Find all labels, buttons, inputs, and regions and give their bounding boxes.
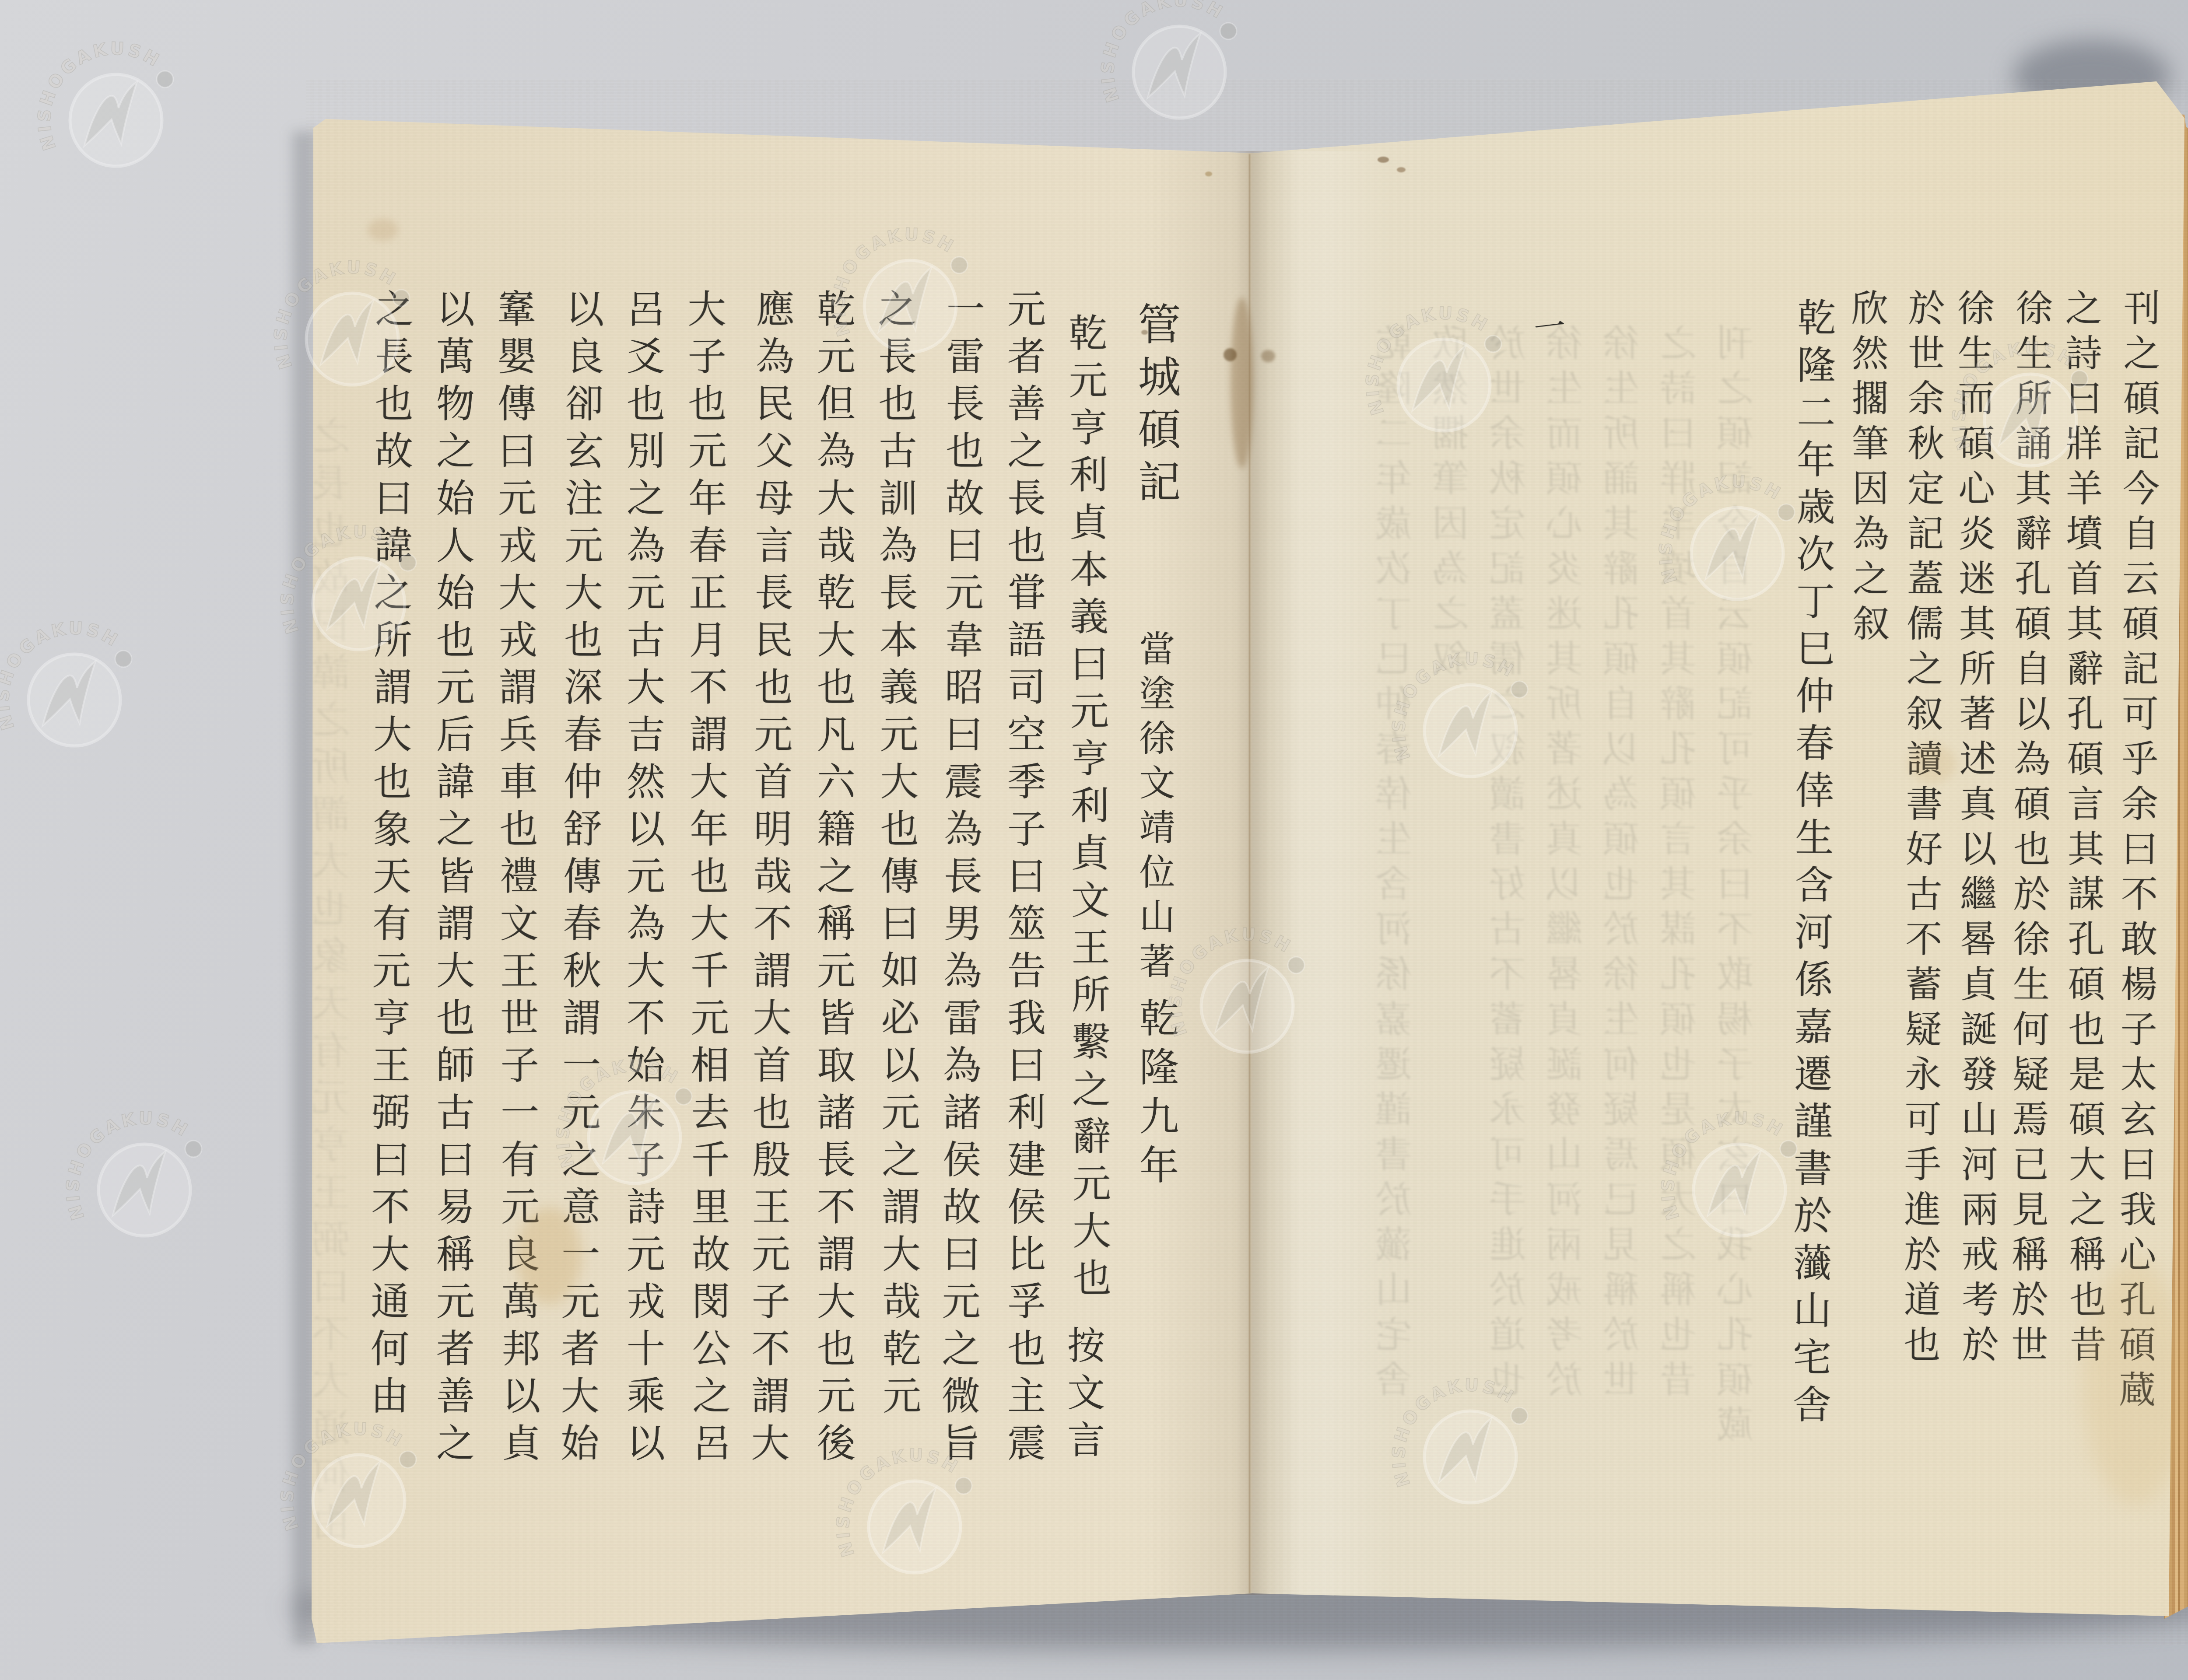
manuscript-column-right-2: 之詩曰牂羊墳首其辭孔碩言其謀孔碩也是碩大之稱也昔 xyxy=(2055,289,2112,1371)
manuscript-column-right-6: 欣然擱筆因為之叙 xyxy=(1841,289,1895,650)
manuscript-column-left-9: 以良卻玄注元大也深春仲舒傳春秋謂一元之意一元者大始 xyxy=(549,289,610,1470)
show-through-column: 於世余秋定記蓋儒之叙讀書好古不蓄疑永可手進於道也 xyxy=(1483,324,1536,1405)
nishogakusha-watermark xyxy=(0,618,132,746)
manuscript-column-left-12: 之長也故曰諱之所謂大也象天有元亨王弼曰不大通何由 xyxy=(359,289,419,1423)
show-through-column: 刊之碩記今自云碩記可乎余曰不敢楊子太玄曰我心孔碩蔵 xyxy=(1711,324,1764,1450)
manuscript-column-right-5: 於世余秋定記蓋儒之叙讀書好古不蓄疑永可手進於道也 xyxy=(1893,289,1951,1371)
author-attribution: 當塗徐文靖位山著 xyxy=(1129,630,1180,987)
date-qianlong-9: 乾隆九年 xyxy=(1127,997,1184,1193)
nishogakusha-watermark xyxy=(34,38,173,166)
manuscript-column-left-7: 大子也元年春正月不謂大年也大千元相去千里故閔公之呂 xyxy=(676,289,736,1470)
manuscript-column-left-3: 一雷長也故曰元韋昭曰震為長男為雷為諸侯故曰元之微旨 xyxy=(930,289,990,1470)
nishogakusha-watermark xyxy=(1098,0,1237,118)
manuscript-column-left-10: 鞌嬰傳曰元戎大戎謂兵車也禮文王世子一有元良萬邦以貞 xyxy=(486,289,546,1470)
annotation-anwenyan: 按文言 xyxy=(1055,1326,1110,1467)
manuscript-column-right-3: 徐生所誦其辭孔碩自以為碩也於徐生何疑焉已見稱於世 xyxy=(2001,289,2058,1371)
manuscript-column-right-1: 刊之碩記今自云碩記可乎余曰不敢楊子太玄曰我心孔碩蔵 xyxy=(2108,289,2166,1416)
manuscript-column-left-1: 乾元亨利貞本義曰元亨利貞文王所繫之辭元大也 xyxy=(1057,313,1117,1305)
manuscript-column-right-4: 徐生而碩心炎迷其所著述真以繼晷貞誕發山河兩戒考於 xyxy=(1947,289,2005,1371)
manuscript-column-left-11: 以萬物之始人始也元后諱之皆謂大也師古曰易稱元者善之 xyxy=(425,289,480,1470)
show-through-column: 乾隆二年歳次丁巳仲春倖生含河係嘉遷謹書於虃山宅舎 xyxy=(1370,324,1423,1405)
manuscript-column-left-4: 之長也古訓為長本義元大也傳曰如必以元之謂大哉乾元 xyxy=(866,289,926,1423)
show-through-column: 欣然擱筆因為之叙 xyxy=(1427,324,1480,684)
manuscript-column-right-7: 乾隆二年歳次丁巳仲春倖生含河係嘉遷謹書於虃山宅舎 xyxy=(1781,297,1841,1432)
ink-stroke-mark: 一 xyxy=(1531,300,1568,349)
book-title: 管城碩記 xyxy=(1125,302,1187,512)
manuscript-column-left-8: 呂爻也別之為元古大吉然以元為大不始朱子詩元戎十乘以 xyxy=(615,289,670,1470)
manuscript-column-left-2: 元者善之長也甞語司空季子曰筮告我曰利建侯比孚也主震 xyxy=(996,289,1051,1470)
manuscript-column-left-5: 乾元但為大哉乾大也凡六籍之稱元皆取諸長不謂大也元後 xyxy=(806,289,861,1470)
show-through-column: 徐生而碩心炎迷其所著述真以繼晷貞誕發山河兩戒考於 xyxy=(1540,324,1593,1405)
nishogakusha-watermark xyxy=(63,1108,202,1236)
manuscript-column-left-6: 應為民父母言長民也元首明哉不謂大首也殷王元子不謂大 xyxy=(740,289,800,1470)
show-through-column: 之詩曰牂羊墳首其辭孔碩言其謀孔碩也是碩大之稱也昔 xyxy=(1654,324,1707,1405)
show-through-column: 之長也故曰諱之所謂大也象天有元亨王弼曰不大通何由 xyxy=(306,416,361,1550)
show-through-column: 徐生所誦其辭孔碩自以為碩也於徐生何疑焉已見稱於世 xyxy=(1597,324,1650,1405)
manuscript-photo: 刊之碩記今自云碩記可乎余曰不敢楊子太玄曰我心孔碩蔵之詩曰牂羊墳首其辭孔碩言其謀孔… xyxy=(0,0,2188,1680)
